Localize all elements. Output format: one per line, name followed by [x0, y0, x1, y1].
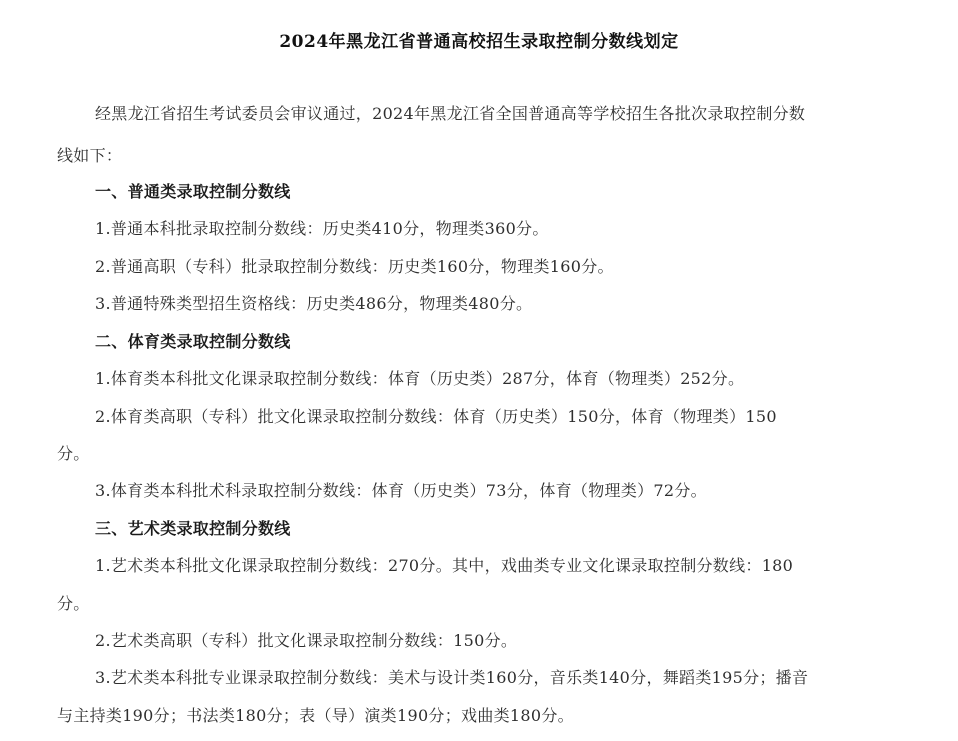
list-item: 2.体育类高职（专科）批文化课录取控制分数线：体育（历史类）150分，体育（物理…: [95, 404, 777, 427]
section-heading-arts: 三、艺术类录取控制分数线: [95, 516, 291, 539]
list-item: 3.艺术类本科批专业课录取控制分数线：美术与设计类160分，音乐类140分，舞蹈…: [95, 665, 808, 688]
list-item: 1.体育类本科批文化课录取控制分数线：体育（历史类）287分，体育（物理类）25…: [95, 366, 744, 389]
list-item: 2.艺术类高职（专科）批文化课录取控制分数线：150分。: [95, 628, 517, 651]
list-item: 3.普通特殊类型招生资格线：历史类486分，物理类480分。: [95, 291, 532, 314]
list-item-continuation: 与主持类190分；书法类180分；表（导）演类190分；戏曲类180分。: [57, 703, 574, 726]
list-item: 2.普通高职（专科）批录取控制分数线：历史类160分，物理类160分。: [95, 254, 614, 277]
list-item: 1.普通本科批录取控制分数线：历史类410分，物理类360分。: [95, 216, 549, 239]
document-title: 2024年黑龙江省普通高校招生录取控制分数线划定: [0, 27, 958, 52]
section-heading-sports: 二、体育类录取控制分数线: [95, 329, 291, 352]
list-item-continuation: 分。: [57, 591, 90, 614]
section-heading-general: 一、普通类录取控制分数线: [95, 179, 291, 202]
list-item: 1.艺术类本科批文化课录取控制分数线：270分。其中，戏曲类专业文化课录取控制分…: [95, 553, 793, 576]
list-item-continuation: 分。: [57, 441, 90, 464]
list-item: 3.体育类本科批术科录取控制分数线：体育（历史类）73分，体育（物理类）72分。: [95, 478, 707, 501]
intro-paragraph-line2: 线如下：: [57, 143, 122, 166]
document-page: 2024年黑龙江省普通高校招生录取控制分数线划定 经黑龙江省招生考试委员会审议通…: [0, 0, 958, 741]
intro-paragraph-line1: 经黑龙江省招生考试委员会审议通过，2024年黑龙江省全国普通高等学校招生各批次录…: [95, 101, 805, 124]
